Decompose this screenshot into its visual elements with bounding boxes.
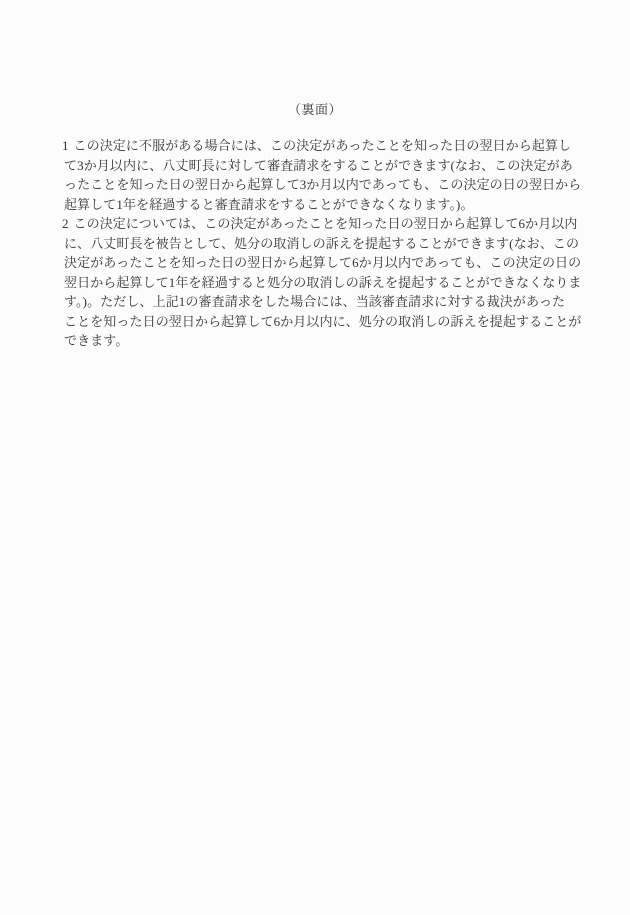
page-title: （裏面） [0, 100, 630, 120]
list-item: 2この決定については、この決定があったことを知った日の翌日から起算して6か月以内… [0, 214, 630, 351]
item-line: て3か月以内に、八丈町長に対して審査請求をすることができます(なお、この決定があ [64, 156, 630, 176]
item-number: 2 [62, 214, 74, 234]
item-line: 起算して1年を経過すると審査請求をすることができなくなります。)。 [64, 195, 630, 215]
item-line: す。)。ただし、上記1の審査請求をした場合には、当該審査請求に対する裁決があった [64, 292, 630, 312]
item-first-line: 2この決定については、この決定があったことを知った日の翌日から起算して6か月以内 [62, 214, 630, 234]
item-text: この決定については、この決定があったことを知った日の翌日から起算して6か月以内 [74, 216, 578, 231]
item-line: ことを知った日の翌日から起算して6か月以内に、処分の取消しの訴えを提起することが [64, 312, 630, 332]
list-item: 1この決定に不服がある場合には、この決定があったことを知った日の翌日から起算して… [0, 136, 630, 214]
item-line: ったことを知った日の翌日から起算して3か月以内であっても、この決定の日の翌日から [64, 175, 630, 195]
item-number: 1 [62, 136, 74, 156]
item-line: 決定があったことを知った日の翌日から起算して6か月以内であっても、この決定の日の [64, 253, 630, 273]
document-page: （裏面） 1この決定に不服がある場合には、この決定があったことを知った日の翌日か… [0, 0, 630, 915]
document-body: 1この決定に不服がある場合には、この決定があったことを知った日の翌日から起算して… [0, 136, 630, 351]
item-first-line: 1この決定に不服がある場合には、この決定があったことを知った日の翌日から起算し [62, 136, 630, 156]
item-line: 翌日から起算して1年を経過すると処分の取消しの訴えを提起することができなくなりま [64, 273, 630, 293]
item-text: この決定に不服がある場合には、この決定があったことを知った日の翌日から起算し [74, 138, 572, 153]
item-line: に、八丈町長を被告として、処分の取消しの訴えを提起することができます(なお、この [64, 234, 630, 254]
item-line: できます。 [64, 331, 630, 351]
